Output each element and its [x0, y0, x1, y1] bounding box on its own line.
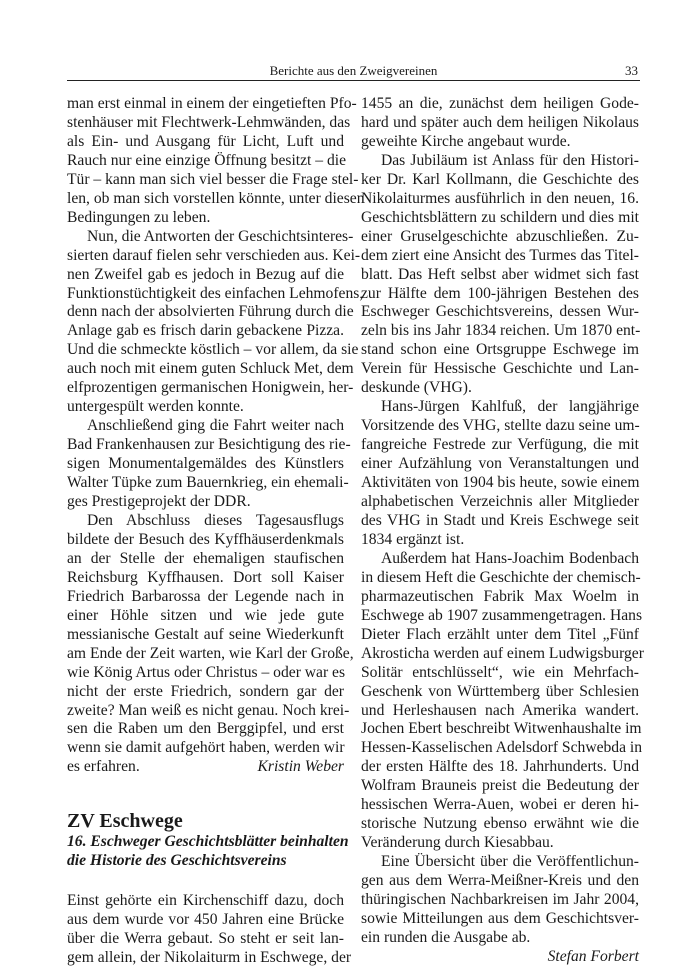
text-line: Bedingungen zu leben.	[67, 209, 344, 228]
left-column: man erst einmal in einem der eingetiefte…	[67, 95, 344, 966]
text-line: Nun, die Antworten der Geschichtsinteres…	[67, 228, 344, 247]
text-line: Veränderung durch Kiesabbau.	[361, 834, 639, 853]
text-line: Jochen Ebert beschreibt Witwenhaushalte …	[361, 720, 639, 739]
text-line: Wolfram Brauneis preist die Bedeutung de…	[361, 777, 639, 796]
text-line: ker Dr. Karl Kollmann, die Geschichte de…	[361, 171, 639, 190]
text-line: thüringischen Nachbarkreisen im Jahr 200…	[361, 891, 639, 910]
paragraph: Das Jubiläum ist Anlass für den Histori-…	[361, 152, 639, 398]
text-line: Außerdem hat Hans-Joachim Bodenbach	[361, 550, 639, 569]
header-rule	[67, 80, 640, 81]
text-line: des VHG in Stadt und Kreis Eschwege seit	[361, 512, 639, 531]
text-line: Den Abschluss dieses Tagesausflugs	[67, 512, 344, 531]
text-line: 1834 ergänzt ist.	[361, 531, 639, 550]
text-line: Akrosticha werden auf einem Ludwigsburge…	[361, 645, 639, 664]
text-line: Funktionstüchtigkeit des einfachen Lehmo…	[67, 285, 344, 304]
text-line: Anschließend ging die Fahrt weiter nach	[67, 417, 344, 436]
text-line: Hessen-Kasselischen Adelsdorf Schwebda i…	[361, 739, 639, 758]
right-article-body: 1455 an die, zunächst dem heiligen Gode-…	[361, 95, 639, 948]
text-line: und Herleshausen nach Amerika wandert.	[361, 702, 639, 721]
section-title: ZV Eschwege	[67, 810, 344, 832]
text-line: zur Hälfte dem 100-jährigen Bestehen des	[361, 285, 639, 304]
paragraph: Außerdem hat Hans-Joachim Bodenbachin di…	[361, 550, 639, 853]
paragraph: man erst einmal in einem der eingetiefte…	[67, 95, 344, 228]
text-line: untergespült werden konnte.	[67, 398, 344, 417]
left-article-body: man erst einmal in einem der eingetiefte…	[67, 95, 344, 758]
text-line: denn nach der absolvierten Führung durch…	[67, 303, 344, 322]
text-line: sigen Monumentalgemäldes des Künstlers	[67, 455, 344, 474]
text-line: deskunde (VHG).	[361, 379, 639, 398]
text-line: storische Nutzung ebenso erwähnt wie die	[361, 815, 639, 834]
text-line: in diesem Heft die Geschichte der chemis…	[361, 569, 639, 588]
text-line: hessischen Werra-Auen, wobei er deren hi…	[361, 796, 639, 815]
text-line: Walter Tüpke zum Bauernkrieg, ein ehemal…	[67, 474, 344, 493]
text-line: Verein für Hessische Geschichte und Lan-	[361, 360, 639, 379]
text-line: Tür – kann man sich viel besser die Frag…	[67, 171, 344, 190]
text-line: die Historie des Geschichtsvereins	[67, 851, 344, 870]
text-line: einer Gruselgeschichte abzuschließen. Zu…	[361, 228, 639, 247]
text-line: Eine Übersicht über die Veröffentlichun-	[361, 853, 639, 872]
text-line: blatt. Das Heft selbst aber widmet sich …	[361, 266, 639, 285]
text-line: hard und später auch dem heiligen Nikola…	[361, 114, 639, 133]
text-line: Bad Frankenhausen zur Besichtigung des r…	[67, 436, 344, 455]
text-line: Anlage gab es frisch darin gebackene Piz…	[67, 322, 344, 341]
text-line: an der Stelle der ehemaligen staufischen	[67, 550, 344, 569]
text-line: nen Zweifel gab es jedoch in Bezug auf d…	[67, 266, 344, 285]
text-line: Reichsburg Kyffhausen. Dort soll Kaiser	[67, 569, 344, 588]
text-line: stenhäuser mit Flechtwerk-Lehmwänden, da…	[67, 114, 344, 133]
text-line: sowie Mitteilungen aus dem Geschichtsver…	[361, 910, 639, 929]
text-line: Geschenk von Württemberg über Schlesien	[361, 683, 639, 702]
text-line: 1455 an die, zunächst dem heiligen Gode-	[361, 95, 639, 114]
text-line: Friedrich Barbarossa der Legende nach in	[67, 588, 344, 607]
text-line: man erst einmal in einem der eingetiefte…	[67, 95, 344, 114]
text-line: Vorsitzende des VHG, stellte dazu seine …	[361, 417, 639, 436]
text-line: stand schon eine Ortsgruppe Eschwege im	[361, 341, 639, 360]
text-line: wenn sie damit aufgehört haben, werden w…	[67, 739, 344, 758]
text-line: ges Prestigeprojekt der DDR.	[67, 493, 344, 512]
paragraph: Hans-Jürgen Kahlfuß, der langjährigeVors…	[361, 398, 639, 550]
text-line: bildete der Besuch des Kyffhäuserdenkmal…	[67, 531, 344, 550]
text-line: Eschwege ab 1907 zusammengetragen. Hans	[361, 607, 639, 626]
text-line: elfprozentigen germanischen Honigwein, h…	[67, 379, 344, 398]
text-line: fangreiche Festrede zur Verfügung, die m…	[361, 436, 639, 455]
right-column: 1455 an die, zunächst dem heiligen Gode-…	[361, 95, 639, 966]
text-line: gen aus dem Werra-Meißner-Kreis und den	[361, 872, 639, 891]
closing-line: es erfahren.	[67, 758, 140, 777]
text-line: Eschweger Geschichtsvereins, dessen Wur-	[361, 303, 639, 322]
text-line: alphabetischen Verzeichnis aller Mitglie…	[361, 493, 639, 512]
paragraph: Nun, die Antworten der Geschichtsinteres…	[67, 228, 344, 418]
text-line: sierten darauf fielen sehr verschieden a…	[67, 247, 344, 266]
page-header: Berichte aus den Zweigvereinen 33	[67, 62, 640, 80]
text-line: gem allein, der Nikolaiturm in Eschwege,…	[67, 949, 344, 966]
text-line: zeln bis ins Jahr 1834 reichen. Um 1870 …	[361, 322, 639, 341]
text-line: am Ende der Zeit warten, wie Karl der Gr…	[67, 645, 344, 664]
author-byline-right: Stefan Forbert	[361, 948, 639, 966]
text-line: Dieter Flach erzählt unter dem Titel „Fü…	[361, 626, 639, 645]
text-line: ein runden die Ausgabe ab.	[361, 929, 639, 948]
text-line: Geschichtsblättern zu schildern und dies…	[361, 209, 639, 228]
byline-row: es erfahren. Kristin Weber	[67, 758, 344, 777]
text-line: sen die Raben um den Berggipfel, und ers…	[67, 720, 344, 739]
text-line: messianische Gestalt auf seine Wiederkun…	[67, 626, 344, 645]
text-line: geweihte Kirche angebaut wurde.	[361, 133, 639, 152]
page-number: 33	[625, 62, 638, 80]
section-subtitle: 16. Eschweger Geschichtsblätter beinhalt…	[67, 832, 344, 870]
text-line: len, ob man sich vorstellen könnte, unte…	[67, 190, 344, 209]
text-line: der ersten Hälfte des 18. Jahrhunderts. …	[361, 758, 639, 777]
paragraph: Den Abschluss dieses Tagesausflugsbildet…	[67, 512, 344, 758]
section-spacer	[67, 777, 344, 810]
text-line: pharmazeutischen Fabrik Max Woelm in	[361, 588, 639, 607]
text-line: dem ziert eine Ansicht des Turmes das Ti…	[361, 247, 639, 266]
text-line: auch noch mit einem guten Schluck Met, d…	[67, 360, 344, 379]
text-line: einer Höhle sitzen und wie jede gute	[67, 607, 344, 626]
text-line: einer Aufzählung von Veranstaltungen und	[361, 455, 639, 474]
paragraph: Anschließend ging die Fahrt weiter nachB…	[67, 417, 344, 512]
text-line: zweite? Man weiß es nicht genau. Noch kr…	[67, 702, 344, 721]
text-line: Hans-Jürgen Kahlfuß, der langjährige	[361, 398, 639, 417]
text-line: aus dem wurde vor 450 Jahren eine Brücke	[67, 911, 344, 930]
paragraph: Eine Übersicht über die Veröffentlichun-…	[361, 853, 639, 948]
text-line: Aktivitäten von 1904 bis heute, sowie ei…	[361, 474, 639, 493]
text-line: Einst gehörte ein Kirchenschiff dazu, do…	[67, 892, 344, 911]
text-line: über die Werra gebaut. So steht er seit …	[67, 930, 344, 949]
text-line: Und die schmeckte köstlich – vor allem, …	[67, 341, 344, 360]
running-title: Berichte aus den Zweigvereinen	[67, 62, 640, 80]
author-byline: Kristin Weber	[258, 758, 345, 777]
text-line: wie König Artus oder Christus – oder war…	[67, 664, 344, 683]
text-line: Nikolaiturmes ausführlich in den neuen, …	[361, 190, 639, 209]
text-line: 16. Eschweger Geschichtsblätter beinhalt…	[67, 832, 344, 851]
paragraph: 1455 an die, zunächst dem heiligen Gode-…	[361, 95, 639, 152]
text-line: Das Jubiläum ist Anlass für den Histori-	[361, 152, 639, 171]
section-intro-paragraph: Einst gehörte ein Kirchenschiff dazu, do…	[67, 892, 344, 966]
text-line: Rauch nur eine einzige Öffnung besitzt –…	[67, 152, 344, 171]
text-line: als Ein- und Ausgang für Licht, Luft und	[67, 133, 344, 152]
text-line: Solitär entschlüsselt“, wie ein Mehrfach…	[361, 664, 639, 683]
text-line: nicht der erste Friedrich, sondern gar d…	[67, 683, 344, 702]
